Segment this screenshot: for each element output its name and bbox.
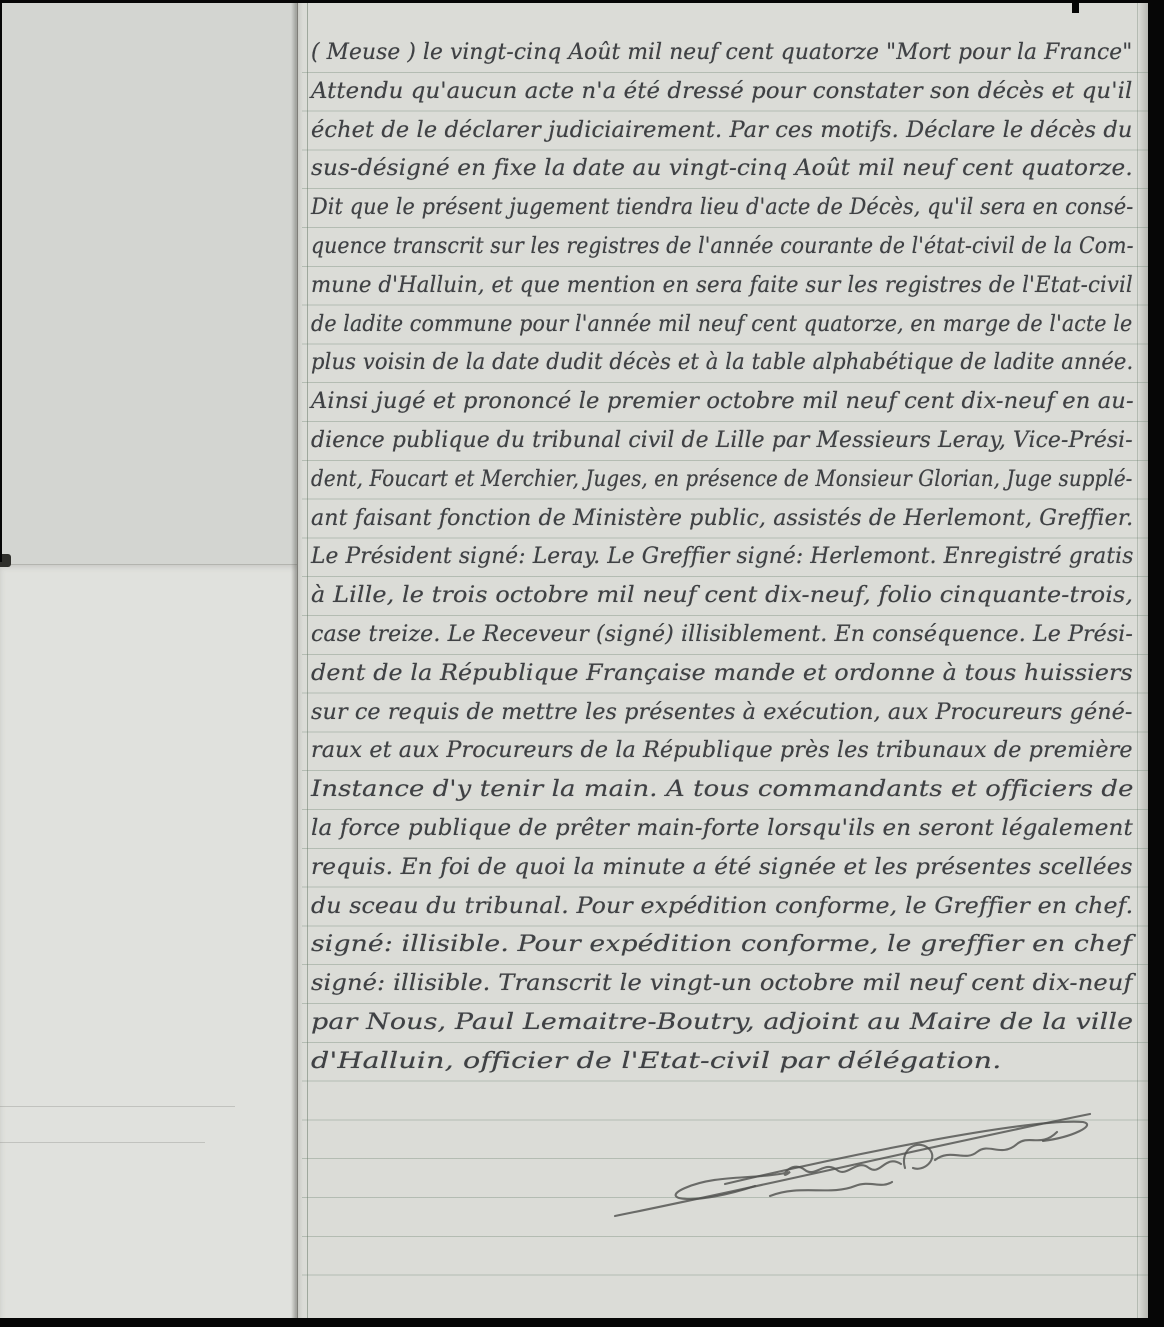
- manuscript-line-text: ant faisant fonction de Ministère public…: [311, 500, 1133, 539]
- manuscript-line: Ainsi jugé et prononcé le premier octobr…: [311, 383, 1137, 422]
- manuscript-line: requis. En foi de quoi la minute a été s…: [311, 849, 1137, 888]
- manuscript-line-text: la force publique de prêter main-forte l…: [311, 810, 1133, 849]
- manuscript-line: Attendu qu'aucun acte n'a été dressé pou…: [311, 73, 1137, 112]
- manuscript-text: ( Meuse ) le vingt-cinq Août mil neuf ce…: [311, 34, 1137, 1082]
- manuscript-line-text: échet de le déclarer judiciairement. Par…: [311, 112, 1132, 151]
- scan-edge-right: [1148, 0, 1164, 1327]
- manuscript-line: Dit que le présent jugement tiendra lieu…: [311, 189, 1137, 228]
- manuscript-line: plus voisin de la date dudit décès et à …: [311, 344, 1137, 383]
- manuscript-line-text: de ladite commune pour l'année mil neuf …: [311, 306, 1132, 345]
- manuscript-line-text: dent de la République Française mande et…: [311, 655, 1133, 694]
- manuscript-line-text: raux et aux Procureurs de la République …: [311, 732, 1133, 771]
- manuscript-line: d'Halluin, officier de l'Etat-civil par …: [311, 1043, 1137, 1082]
- manuscript-line: du sceau du tribunal. Pour expédition co…: [311, 888, 1137, 927]
- manuscript-line-text: signé: illisible. Pour expédition confor…: [311, 926, 1132, 965]
- manuscript-line-text: sur ce requis de mettre les présentes à …: [311, 694, 1133, 733]
- manuscript-line-text: signé: illisible. Transcrit le vingt-un …: [311, 965, 1133, 1004]
- handwritten-signature: [605, 1088, 1110, 1223]
- manuscript-line-text: ( Meuse ) le vingt-cinq Août mil neuf ce…: [311, 34, 1132, 73]
- manuscript-line-text: Dit que le présent jugement tiendra lieu…: [311, 189, 1133, 228]
- manuscript-line: sur ce requis de mettre les présentes à …: [311, 694, 1137, 733]
- manuscript-line: ant faisant fonction de Ministère public…: [311, 500, 1137, 539]
- manuscript-line: signé: illisible. Transcrit le vingt-un …: [311, 965, 1137, 1004]
- manuscript-line: quence transcrit sur les registres de l'…: [311, 228, 1137, 267]
- manuscript-line-text: par Nous, Paul Lemaitre-Boutry, adjoint …: [311, 1004, 1133, 1043]
- manuscript-line: case treize. Le Receveur (signé) illisib…: [311, 616, 1137, 655]
- manuscript-line: raux et aux Procureurs de la République …: [311, 732, 1137, 771]
- manuscript-line-text: Instance d'y tenir la main. A tous comma…: [311, 771, 1134, 810]
- manuscript-line-text: requis. En foi de quoi la minute a été s…: [311, 849, 1133, 888]
- manuscript-line: la force publique de prêter main-forte l…: [311, 810, 1137, 849]
- manuscript-line: mune d'Halluin, et que mention en sera f…: [311, 267, 1137, 306]
- manuscript-line-text: dience publique du tribunal civil de Lil…: [311, 422, 1133, 461]
- manuscript-line-text: mune d'Halluin, et que mention en sera f…: [311, 267, 1133, 306]
- scanned-register-page: ( Meuse ) le vingt-cinq Août mil neuf ce…: [0, 0, 1164, 1327]
- scan-edge-left: [0, 0, 2, 562]
- manuscript-line: dent de la République Française mande et…: [311, 655, 1137, 694]
- manuscript-line: de ladite commune pour l'année mil neuf …: [311, 306, 1137, 345]
- left-margin-rule: [307, 0, 308, 1318]
- manuscript-line: sus-désigné en fixe la date au vingt-cin…: [311, 150, 1137, 189]
- manuscript-line-text: Attendu qu'aucun acte n'a été dressé pou…: [311, 73, 1132, 112]
- manuscript-line: par Nous, Paul Lemaitre-Boutry, adjoint …: [311, 1004, 1137, 1043]
- manuscript-line: échet de le déclarer judiciairement. Par…: [311, 112, 1137, 151]
- manuscript-line-text: case treize. Le Receveur (signé) illisib…: [311, 616, 1133, 655]
- manuscript-line-text: du sceau du tribunal. Pour expédition co…: [311, 888, 1133, 927]
- manuscript-line-text: dent, Foucart et Merchier, Juges, en pré…: [311, 461, 1132, 500]
- scan-edge-bottom: [0, 1318, 1164, 1327]
- paper-crease: [0, 1106, 235, 1107]
- overlapping-sheet-edge: [0, 564, 297, 1327]
- manuscript-line: Instance d'y tenir la main. A tous comma…: [311, 771, 1137, 810]
- manuscript-line-text: d'Halluin, officier de l'Etat-civil par …: [311, 1043, 1001, 1082]
- right-margin-rule: [1137, 0, 1138, 1318]
- manuscript-line-text: quence transcrit sur les registres de l'…: [311, 228, 1134, 267]
- manuscript-line: à Lille, le trois octobre mil neuf cent …: [311, 577, 1137, 616]
- manuscript-line: dent, Foucart et Merchier, Juges, en pré…: [311, 461, 1137, 500]
- scan-edge-notch: [1072, 0, 1079, 13]
- manuscript-line: ( Meuse ) le vingt-cinq Août mil neuf ce…: [311, 34, 1137, 73]
- manuscript-line-text: à Lille, le trois octobre mil neuf cent …: [311, 577, 1133, 616]
- manuscript-line: Le Président signé: Leray. Le Greffier s…: [311, 538, 1137, 577]
- manuscript-line: signé: illisible. Pour expédition confor…: [311, 926, 1137, 965]
- scan-edge-top: [0, 0, 1164, 3]
- manuscript-line-text: plus voisin de la date dudit décès et à …: [311, 344, 1133, 383]
- manuscript-line-text: sus-désigné en fixe la date au vingt-cin…: [311, 150, 1133, 189]
- paper-crease: [0, 1142, 205, 1143]
- book-spine-seam-line: [297, 0, 298, 1327]
- manuscript-line-text: Ainsi jugé et prononcé le premier octobr…: [311, 383, 1134, 422]
- manuscript-line: dience publique du tribunal civil de Lil…: [311, 422, 1137, 461]
- manuscript-line-text: Le Président signé: Leray. Le Greffier s…: [311, 538, 1133, 577]
